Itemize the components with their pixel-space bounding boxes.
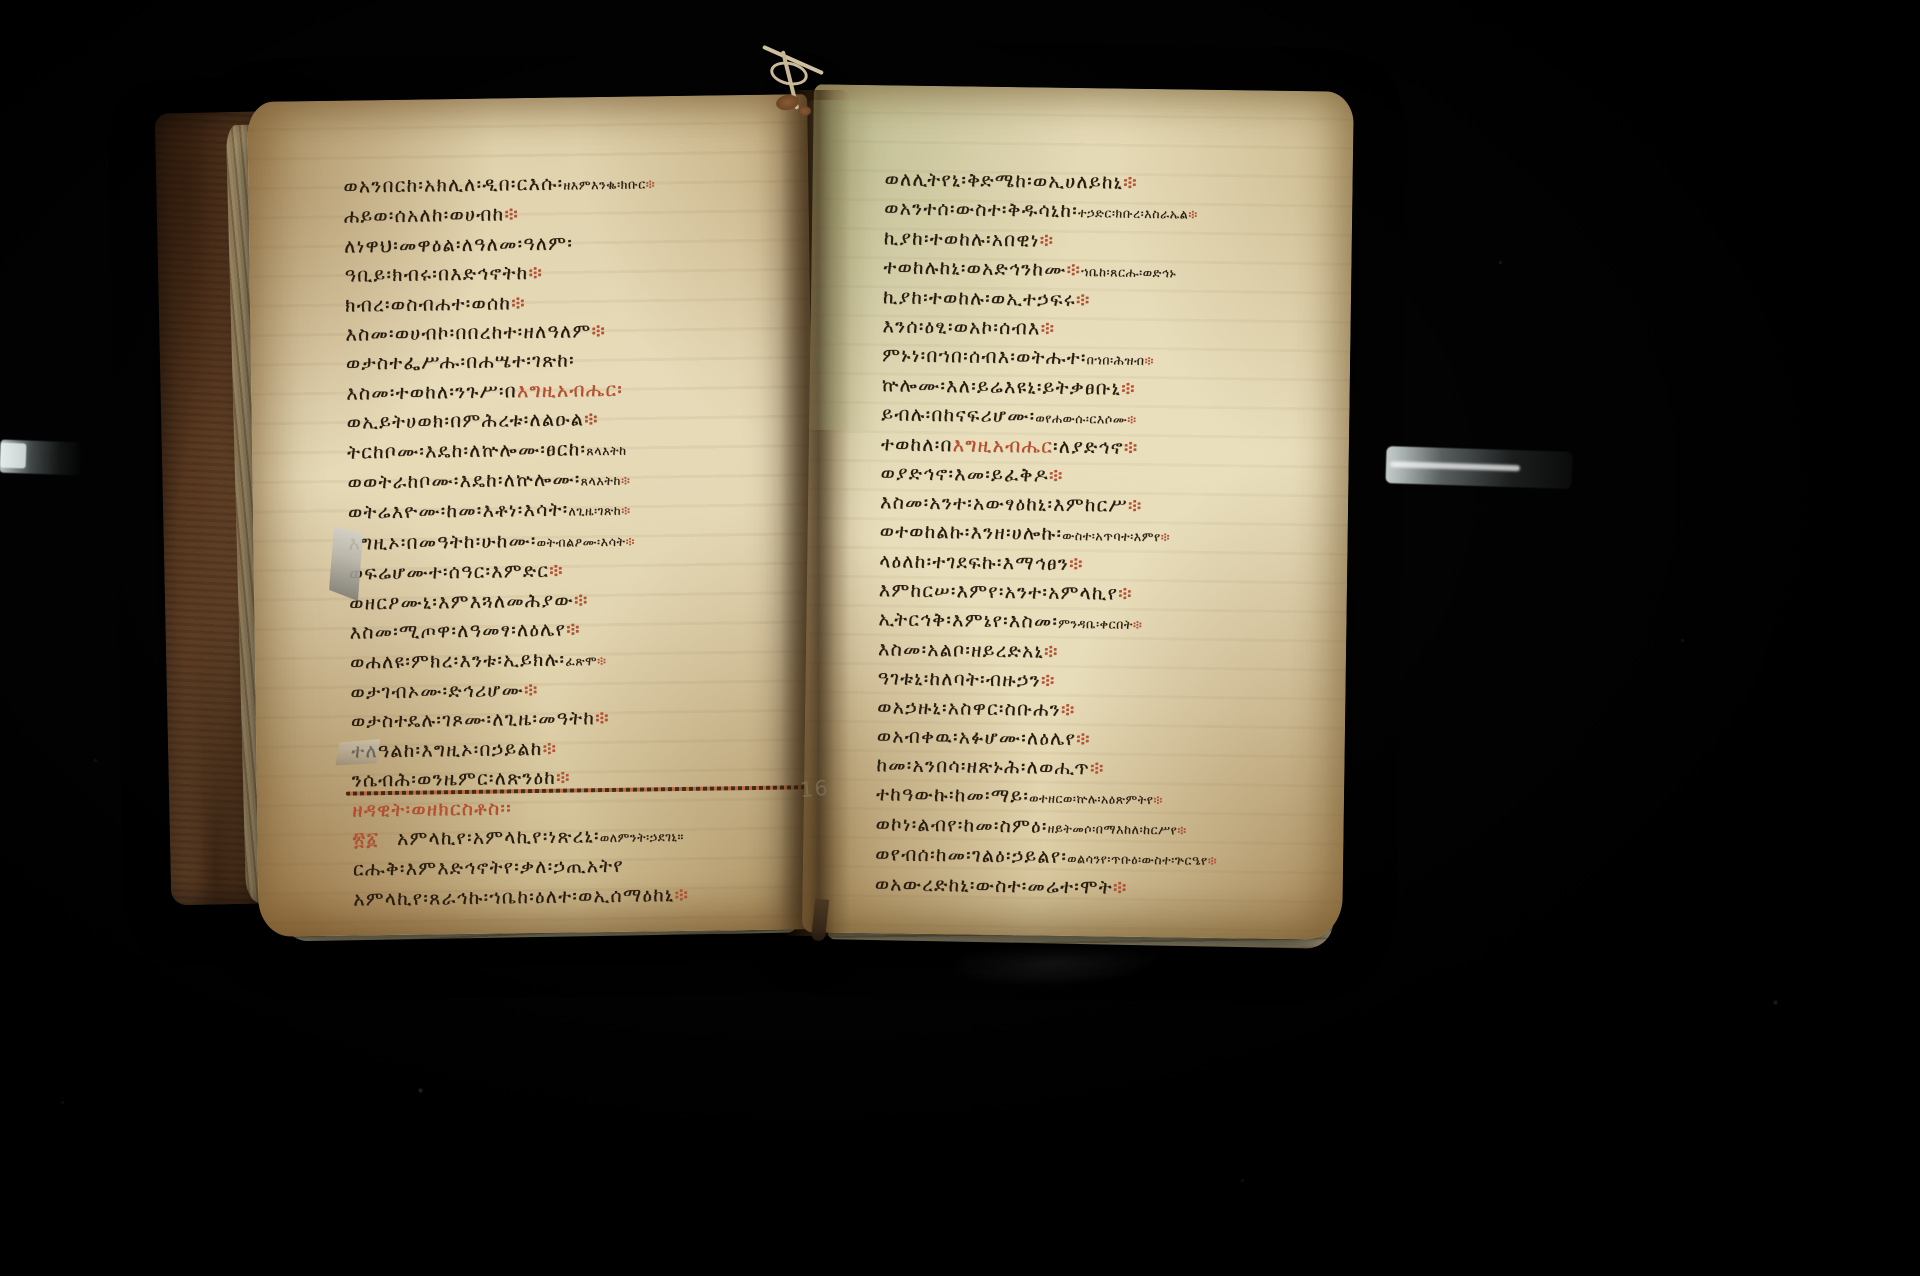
- rubric-segment: ፨: [1061, 699, 1076, 721]
- rubric-segment: ፨: [1076, 728, 1091, 750]
- rubric-segment: ፨: [595, 707, 610, 729]
- text-segment: ወየሐውሱ፡ርእሶሙ: [1035, 410, 1127, 426]
- rubric-segment: ፨: [584, 408, 599, 430]
- text-segment: ጸላእትከ: [580, 473, 621, 489]
- text-segment: ምንዳቤ፡ቀርበት: [1058, 616, 1133, 632]
- rubric-segment: ፳፩: [352, 828, 379, 850]
- text-segment: ዘእምእንቈ፡ክቡር: [563, 176, 646, 192]
- rubric-segment: ፨: [1041, 669, 1056, 691]
- manuscript-book: ወአንበርከ፡አክሊለ፡ዲበ፡ርእሱ፡ዘእምእንቈ፡ክቡር፨ሐይወ፡ሰአለከ፡ወ…: [0, 0, 1920, 1276]
- text-segment: ወአውረድከኒ፡ውስተ፡መሬተ፡ሞት: [875, 873, 1113, 898]
- rubric-segment: ፨: [1113, 877, 1128, 899]
- text-segment: ወየብሰ፡ከመ፡ገልዕ፡ኃይልየ፡: [875, 843, 1067, 868]
- rubric-segment: ፨: [1208, 853, 1218, 868]
- text-segment: ወአብቀዉ፡አፉሆሙ፡ለዕሌየ: [877, 725, 1077, 750]
- museum-photo-scene: ወአንበርከ፡አክሊለ፡ዲበ፡ርእሱ፡ዘእምእንቈ፡ክቡር፨ሐይወ፡ሰአለከ፡ወ…: [0, 0, 1920, 1276]
- text-segment: ወልሳንየ፡ጥቡዕ፡ውስተ፡ጕርዔየ: [1067, 851, 1208, 868]
- rubric-segment: ፨: [1128, 495, 1143, 517]
- text-segment: ጸላእትከ: [586, 442, 627, 458]
- text-segment: ውስተ፡አጥባተ፡እምየ: [1062, 528, 1161, 544]
- text-segment: አምላኪየ፡ጸራኅኩ፡ኀቤከ፡ዕለተ፡ወኢሰማዕከኒ: [353, 884, 674, 910]
- text-segment: ንሴብሕ፡ወንዜምር፡ለጽንዕከ: [352, 767, 557, 792]
- text-segment: ወታስተፌሥሑ፡በሐሤተ፡ገጽከ፡: [346, 350, 575, 375]
- text-segment: እንሰ፡ዕፂ፡ወአኮ፡ሰብእ: [882, 315, 1040, 339]
- text-segment: ወተወከልኩ፡እንዘ፡ሀሎኩ፡: [880, 520, 1063, 545]
- rubric-segment: ፨: [1188, 207, 1198, 222]
- rubric-segment: ፨: [1118, 583, 1133, 605]
- text-segment: ወኢይትሀወክ፡በምሕረቱ፡ለልዑል: [347, 409, 585, 434]
- rubric-segment: ፨: [1076, 289, 1091, 311]
- rubric-segment: ፨: [597, 652, 607, 667]
- text-segment: ኀቤከ፡ጸርሑ፡ወድኅኑ: [1081, 264, 1176, 280]
- text-segment: ዓቢይ፡ክብሩ፡በእድኅኖትከ: [344, 262, 528, 287]
- text-segment: ፡ለያድኅኖ: [1053, 436, 1124, 459]
- text-segment: አምላኪየ፡አምላኪየ፡ነጽረኒ፡: [397, 825, 600, 850]
- text-segment: ክብረ፡ወስብሐተ፡ወሰከ: [345, 292, 511, 316]
- left-page-text: ወአንበርከ፡አክሊለ፡ዲበ፡ርእሱ፡ዘእምእንቈ፡ክቡር፨ሐይወ፡ሰአለከ፡ወ…: [343, 166, 803, 914]
- rubric-segment: ፨: [504, 204, 519, 226]
- rubric-segment: ፨: [1153, 792, 1163, 807]
- text-segment: ወሐለዩ፡ምክረ፡እንቱ፡ኢይክሉ፡: [350, 648, 566, 673]
- text-segment: ወትብልዖሙ፡እሳት: [537, 534, 626, 550]
- left-page: ወአንበርከ፡አክሊለ፡ዲበ፡ርእሱ፡ዘእምእንቈ፡ክቡር፨ሐይወ፡ሰአለከ፡ወ…: [247, 94, 819, 937]
- rubric-segment: ፨: [1040, 317, 1055, 339]
- text-segment: ትርከቦሙ፡እዴከ፡ለኵሎሙ፡ፀርከ፡: [347, 438, 586, 463]
- text-segment: ወአንተሰ፡ውስተ፡ቅዱሳኒከ፡: [884, 197, 1078, 222]
- rubric-segment: ፨: [549, 560, 564, 582]
- rubric-segment: ፨: [556, 767, 571, 789]
- rubric-segment: ፨: [1123, 172, 1138, 194]
- text-segment: ወለምንት፡ኃደገኒ።: [600, 829, 684, 845]
- binding-bead: [798, 106, 811, 116]
- text-segment: ወአኃዙኒ፡አስዋር፡ስቡሐን: [877, 696, 1061, 721]
- rubric-segment: ፨: [1039, 229, 1054, 251]
- right-page-text: ወለሊትየኒ፡ቅድሜከ፡ወኢሀለይከኒ፨ወአንተሰ፡ውስተ፡ቅዱሳኒከ፡ተኃድር…: [875, 165, 1337, 905]
- gutter-page-edges: [806, 100, 876, 430]
- rubric-segment: ፨: [1177, 822, 1187, 837]
- text-segment: ወአንበርከ፡አክሊለ፡ዲበ፡ርእሱ፡: [343, 173, 563, 198]
- rubric-segment: ፨: [542, 737, 557, 759]
- rubric-segment: ፨: [674, 884, 689, 906]
- text-segment: ከመ፡አንበሳ፡ዘጽኑሕ፡ለወሒጥ: [876, 754, 1090, 779]
- text-segment: ወታስተዴሉ፡ገጾሙ፡ለጊዜ፡መዓትከ: [351, 707, 596, 732]
- rubric-segment: ፨: [1049, 465, 1064, 487]
- text-segment: ኢትርኅቅ፡እምኔየ፡እስመ፡: [878, 608, 1058, 633]
- text-segment: ዘይትመሶ፡በማእከለ፡ከርሥየ: [1047, 821, 1177, 838]
- text-segment: ዓገቱኒ፡ከለባት፡ብዙኃን: [878, 667, 1042, 691]
- rubric-segment: ፨: [528, 262, 543, 284]
- text-segment: እስመ፡አንተ፡አውፃዕከኒ፡እምከርሥ: [880, 491, 1128, 516]
- manuscript-line: ወአውረድከኒ፡ውስተ፡መሬተ፡ሞት፨: [875, 870, 1327, 905]
- rubric-segment: ፨: [625, 533, 635, 548]
- rubric-segment: ፨: [646, 176, 656, 191]
- rubric-segment: ፨: [574, 589, 589, 611]
- text-segment: ወዘርዖሙኒ፡እምእጓለመሕያው: [349, 589, 574, 614]
- text-segment: እግዚኦ፡በመዓትከ፡ሁከሙ፡: [348, 530, 537, 555]
- text-segment: ይብሉ፡በከናፍሪሆሙ፡: [881, 403, 1035, 427]
- text-segment: እስመ፡ተወከለ፡ንጉሥ፡በ: [346, 380, 517, 404]
- text-segment: ወያድኅኖ፡እመ፡ይፈቅዶ: [880, 462, 1049, 486]
- rubric-segment: ፨: [1144, 353, 1154, 368]
- rubric-segment: ፨: [621, 473, 631, 488]
- rubric-segment: ፨: [1121, 378, 1136, 400]
- rubric-segment: እግዚአብሔር: [953, 434, 1054, 457]
- text-segment: እስመ፡ሚጦዋ፡ለዓመፃ፡ለዕሌየ: [349, 619, 566, 644]
- text-segment: ኪያከ፡ተወከሉ፡አበዊነ: [884, 227, 1040, 251]
- text-segment: ወለሊትየኒ፡ቅድሜከ፡ወኢሀለይከኒ: [884, 168, 1123, 193]
- text-segment: ላዕለከ፡ተገደፍኩ፡እማኅፀን: [879, 550, 1069, 575]
- text-segment: ርሑቅ፡እምእድኅኖትየ፡ቃለ፡ኃጢአትየ: [353, 855, 624, 881]
- text-segment: ለነዋህ፡መዋዕል፡ለዓለመ፡ዓለም፡: [344, 232, 573, 257]
- folio-number-pencil: 16: [799, 776, 830, 802]
- rubric-segment: ፨: [1133, 617, 1143, 632]
- rubric-segment: ፨: [591, 320, 606, 342]
- rubric-segment: ፨: [1090, 757, 1105, 779]
- rubric-segment: ፨: [524, 679, 539, 701]
- text-segment: ወታገብኦሙ፡ድኅሪሆሙ: [350, 679, 524, 703]
- text-segment: ወፍሬሆሙተ፡ሰዓር፡እምድር: [349, 560, 550, 585]
- rubric-segment: ፨: [511, 292, 526, 314]
- glass-shelf-corner: [329, 527, 363, 601]
- text-segment: በኀበ፡ሕዝብ: [1086, 352, 1144, 368]
- rubric-segment: እግዚአብሔር፡: [517, 379, 623, 402]
- text-segment: ተኃድር፡ክቡረ፡እስራኤል: [1078, 205, 1189, 222]
- text-segment: እስመ፡አልቦ፡ዘይረድአኒ: [878, 638, 1044, 662]
- rubric-segment: ፨: [1044, 641, 1059, 663]
- text-segment: ተከዓውኩ፡ከመ፡ማይ፡: [876, 783, 1029, 807]
- rubric-segment: ፨: [1127, 412, 1137, 427]
- rubric-segment: ፨: [1161, 529, 1171, 544]
- manuscript-line: አምላኪየ፡ጸራኅኩ፡ኀቤከ፡ዕለተ፡ወኢሰማዕከኒ፨: [353, 879, 803, 915]
- text-segment: ኪያከ፡ተወከሉ፡ወኢተኃፍሩ: [883, 286, 1076, 311]
- text-segment: ተወከለ፡በ: [881, 433, 953, 456]
- text-segment: ምኑነ፡በኀበ፡ሰብእ፡ወትሑተ፡: [882, 344, 1087, 369]
- text-segment: ወወትራከቦሙ፡እዴከ፡ለኵሎሙ፡: [347, 468, 580, 493]
- rubric-segment: ፨: [1124, 437, 1139, 459]
- text-segment: ፈጽሞ: [565, 653, 597, 668]
- text-segment: ለጊዜ፡ገጽከ: [568, 503, 621, 519]
- rubric-segment: ፨: [621, 503, 631, 518]
- rubric-segment: ፨: [566, 618, 581, 640]
- rubric-segment: ፨: [1066, 259, 1081, 281]
- text-segment: እስመ፡ወሀብኮ፡በበረከተ፡ዘለዓለም: [345, 320, 591, 345]
- text-segment: ወኮነ፡ልብየ፡ከመ፡ስምዕ፡: [875, 813, 1047, 837]
- text-segment: ኵሎሙ፡እለ፡ይሬእዩኒ፡ይትቃፀቡኒ: [882, 374, 1122, 399]
- rubric-segment: ዘዳዊት፡ወዘክርስቶስ፡፡: [352, 797, 512, 821]
- text-segment: ወተዘርወ፡ኵሉ፡አዕጽምትየ: [1029, 790, 1154, 807]
- text-segment: እምከርሠ፡እምየ፡አንተ፡አምላኪየ: [879, 579, 1119, 604]
- text-segment: ተወከሉከኒ፡ወአድኅንከሙ: [883, 256, 1066, 281]
- text-segment: ሐይወ፡ሰአለከ፡ወሀብከ: [344, 204, 505, 228]
- right-page: ወለሊትየኒ፡ቅድሜከ፡ወኢሀለይከኒ፨ወአንተሰ፡ውስተ፡ቅዱሳኒከ፡ተኃድር…: [802, 84, 1354, 939]
- rubric-segment: ፨: [1069, 553, 1084, 575]
- text-segment: ወትሬእዮሙ፡ከመ፡እቶነ፡እሳት፡: [348, 499, 569, 524]
